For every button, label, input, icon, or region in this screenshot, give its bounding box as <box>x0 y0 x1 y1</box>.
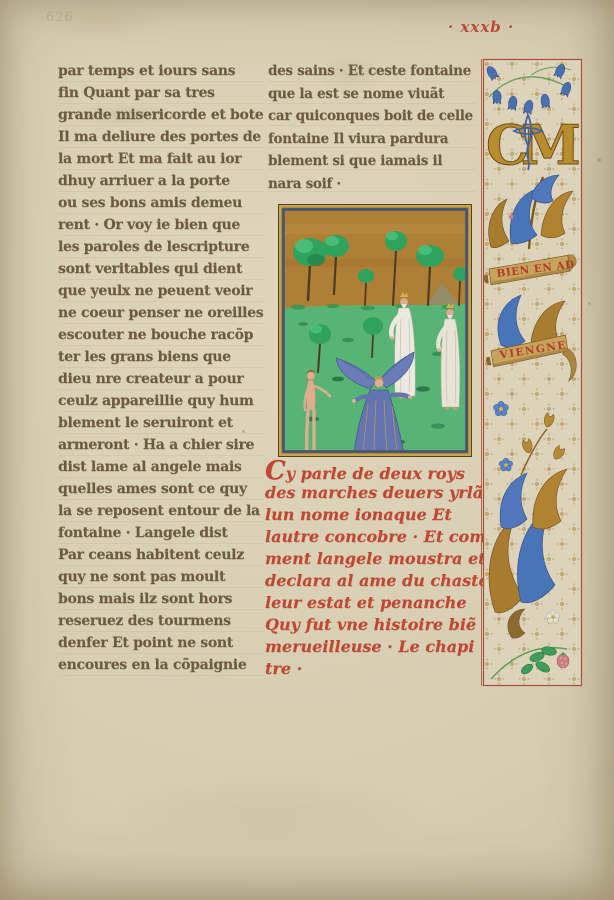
rubric-text: Cy parle de deux roysdes marches deuers … <box>265 460 477 680</box>
text-line: quy ne sont pas moult <box>58 566 264 588</box>
text-line: fin Quant par sa tres <box>58 82 264 104</box>
text-line: sont veritables qui dient <box>58 258 264 280</box>
rubric-line: ment langele moustra et <box>265 548 477 570</box>
text-line: dieu nre createur a pour <box>58 368 264 390</box>
text-line: Il ma deliure des portes de <box>58 126 264 148</box>
angel-arm-right <box>387 395 409 397</box>
rubric-line: tre · <box>265 658 477 680</box>
white-robe <box>395 308 416 396</box>
text-line: grande misericorde et bote <box>58 104 264 126</box>
soul-torso <box>306 380 315 410</box>
owner-initials: C M <box>486 113 581 177</box>
text-line: ter les grans biens que <box>58 346 264 368</box>
text-line: dhuy arriuer a la porte <box>58 170 264 192</box>
soul-leg <box>307 410 308 453</box>
strawberry <box>557 654 569 668</box>
text-line: bons mais ilz sont hors <box>58 588 264 610</box>
text-line: reseruez des tourmens <box>58 610 264 632</box>
text-line: rent · Or voy ie bien que <box>58 214 264 236</box>
text-line: fontaine · Langele dist <box>58 522 264 544</box>
miniature-painting <box>278 204 472 457</box>
rubric-line: merueilleuse · Le chapi <box>265 636 477 658</box>
rubric-line: declara al ame du chastel <box>265 570 477 592</box>
text-line: encoures en la cõpaignie <box>58 654 264 676</box>
left-text-column: par temps et iours sansfin Quant par sa … <box>58 60 264 676</box>
text-line: ou ses bons amis demeu <box>58 192 264 214</box>
text-line: que la est se nome viuãt <box>268 83 476 106</box>
rubric-line: lautre concobre · Et com <box>265 526 477 548</box>
rubric-line: des marches deuers yrlãde <box>265 482 477 504</box>
text-line: quelles ames sont ce quy <box>58 478 264 500</box>
text-line: nara soif · <box>268 173 476 196</box>
painting-scene <box>285 211 469 454</box>
illuminated-border: C M BIEN EN A <box>481 57 584 688</box>
text-line: les paroles de lescripture <box>58 236 264 258</box>
text-line: escouter ne bouche racõp <box>58 324 264 346</box>
folio-number: · xxxb · <box>448 18 548 36</box>
right-text-column: des sains · Et ceste fontaineque la est … <box>268 60 476 195</box>
text-line: des sains · Et ceste fontaine <box>268 60 476 83</box>
text-line: par temps et iours sans <box>58 60 264 82</box>
manuscript-page: 626 · xxxb · par temps et iours sansfin … <box>0 0 614 900</box>
border-svg: C M BIEN EN A <box>481 57 584 688</box>
stain <box>110 770 430 860</box>
text-line: car quiconques boit de celle <box>268 105 476 128</box>
rubric-line: Quy fut vne histoire biẽ <box>265 614 477 636</box>
text-line: dist lame al angele mais <box>58 456 264 478</box>
text-line: ceulz appareillie quy hum <box>58 390 264 412</box>
rubric-line: Cy parle de deux roys <box>265 460 477 482</box>
corner-mark: 626 <box>46 10 74 25</box>
text-line: fontaine Il viura pardura <box>268 128 476 151</box>
text-line: la se reposent entour de la <box>58 500 264 522</box>
rubric-line: lun nome ionaque Et <box>265 504 477 526</box>
text-line: que yeulx ne peuent veoir <box>58 280 264 302</box>
text-line: blement si que iamais il <box>268 150 476 173</box>
text-line: Par ceans habitent ceulz <box>58 544 264 566</box>
text-line: blement le seruiront et <box>58 412 264 434</box>
ink-speck <box>597 158 601 162</box>
text-line: denfer Et point ne sont <box>58 632 264 654</box>
text-line: armeront · Ha a chier sire <box>58 434 264 456</box>
ink-speck <box>588 302 591 305</box>
rubric-line: leur estat et penanche <box>265 592 477 614</box>
miniature-svg <box>278 204 472 457</box>
text-line: ne coeur penser ne oreilles <box>58 302 264 324</box>
text-line: la mort Et ma fait au ior <box>58 148 264 170</box>
